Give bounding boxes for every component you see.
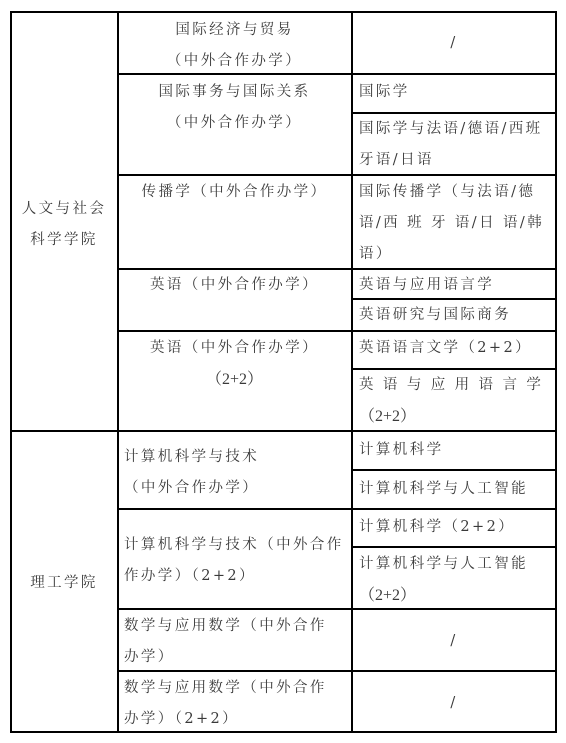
- program-name-line: （中外合作办学）: [118, 108, 351, 139]
- major-cell: 英语与应用语言学: [359, 270, 551, 301]
- program-name-line: 计算机科学与技术: [124, 442, 351, 473]
- major-name: 国际学: [359, 77, 551, 108]
- major-cell: 国际传播学（与法语/德 语/西 班 牙 语/日 语/韩 语）: [359, 177, 553, 270]
- major-name-line: 国际传播学（与法语/德: [359, 177, 553, 208]
- program-cell: 计算机科学与技术 （中外合作办学）: [124, 442, 351, 504]
- program-name-line: 英语（中外合作办学）: [118, 333, 351, 364]
- college-cell: 人文与社会 科学学院: [11, 194, 117, 256]
- major-cell: 英语语言文学（2+2）: [359, 333, 551, 364]
- program-name-line: 英语（中外合作办学）: [118, 270, 351, 301]
- program-cell: 数学与应用数学（中外合作 办学）: [124, 611, 351, 673]
- major-cell: 国际学与法语/德语/西班 牙语/日语: [359, 114, 553, 176]
- program-name-line: 数学与应用数学（中外合作: [124, 611, 351, 642]
- major-name: 计算机科学（2+2）: [359, 512, 551, 543]
- program-cell: 英语（中外合作办学） （2+2）: [118, 333, 351, 395]
- sub-row-divider: [351, 546, 557, 548]
- program-name-line: 办学）（2+2）: [124, 704, 351, 735]
- column-divider-2: [351, 11, 353, 732]
- program-name-line: 办学）: [124, 642, 351, 673]
- program-cell: 数学与应用数学（中外合作 办学）（2+2）: [124, 673, 351, 735]
- major-name-line: （2+2）: [359, 401, 553, 432]
- table-border-top: [10, 11, 557, 13]
- major-cell: 计算机科学（2+2）: [359, 512, 551, 543]
- major-name-line: 语）: [359, 239, 553, 270]
- sub-row-divider: [351, 469, 557, 471]
- major-cell-empty: /: [352, 28, 556, 59]
- major-name-line: 牙语/日语: [359, 145, 553, 176]
- program-name-line: 计算机科学与技术（中外合作: [124, 530, 351, 561]
- major-cell: 计算机科学与人工智能: [359, 474, 551, 505]
- program-name-line: 数学与应用数学（中外合作: [124, 673, 351, 704]
- major-cell: 英语研究与国际商务: [359, 300, 551, 331]
- major-cell: 计算机科学与人工智能 （2+2）: [359, 549, 553, 611]
- major-cell-empty: /: [352, 626, 556, 657]
- major-name-line: 计算机科学与人工智能: [359, 549, 553, 580]
- major-name-line: （2+2）: [359, 580, 553, 611]
- program-cell: 英语（中外合作办学）: [118, 270, 351, 301]
- major-cell-empty: /: [352, 688, 556, 719]
- major-name: 英语语言文学（2+2）: [359, 333, 551, 364]
- program-name-line: （2+2）: [118, 364, 351, 395]
- major-name-line: 国际学与法语/德语/西班: [359, 114, 553, 145]
- college-cell: 理工学院: [11, 568, 117, 599]
- empty-slash: /: [352, 688, 556, 719]
- empty-slash: /: [352, 626, 556, 657]
- college-name-line: 科学学院: [11, 225, 117, 256]
- major-name: 英语研究与国际商务: [359, 300, 551, 331]
- program-cell: 国际经济与贸易 （中外合作办学）: [118, 15, 351, 77]
- major-cell: 计算机科学: [359, 435, 551, 466]
- program-name-line: 国际事务与国际关系: [118, 77, 351, 108]
- table-border-right: [555, 11, 557, 732]
- major-cell: 国际学: [359, 77, 551, 108]
- program-name-line: 国际经济与贸易: [118, 15, 351, 46]
- program-name-line: （中外合作办学）: [118, 46, 351, 77]
- major-name: 计算机科学与人工智能: [359, 474, 551, 505]
- college-name-line: 理工学院: [11, 568, 117, 599]
- program-name-line: （中外合作办学）: [124, 473, 351, 504]
- table-border-left: [10, 11, 12, 732]
- program-name-line: 作办学）（2+2）: [124, 561, 351, 592]
- major-name-line: 英 语 与 应 用 语 言 学: [359, 370, 553, 401]
- program-cell: 计算机科学与技术（中外合作 作办学）（2+2）: [124, 530, 351, 592]
- college-name-line: 人文与社会: [11, 194, 117, 225]
- row-divider: [117, 508, 557, 510]
- major-name: 英语与应用语言学: [359, 270, 551, 301]
- empty-slash: /: [352, 28, 556, 59]
- program-name-line: 传播学（中外合作办学）: [118, 177, 351, 208]
- major-name-line: 语/西 班 牙 语/日 语/韩: [359, 208, 553, 239]
- program-cell: 传播学（中外合作办学）: [118, 177, 351, 208]
- program-cell: 国际事务与国际关系 （中外合作办学）: [118, 77, 351, 139]
- major-name: 计算机科学: [359, 435, 551, 466]
- major-cell: 英 语 与 应 用 语 言 学 （2+2）: [359, 370, 553, 432]
